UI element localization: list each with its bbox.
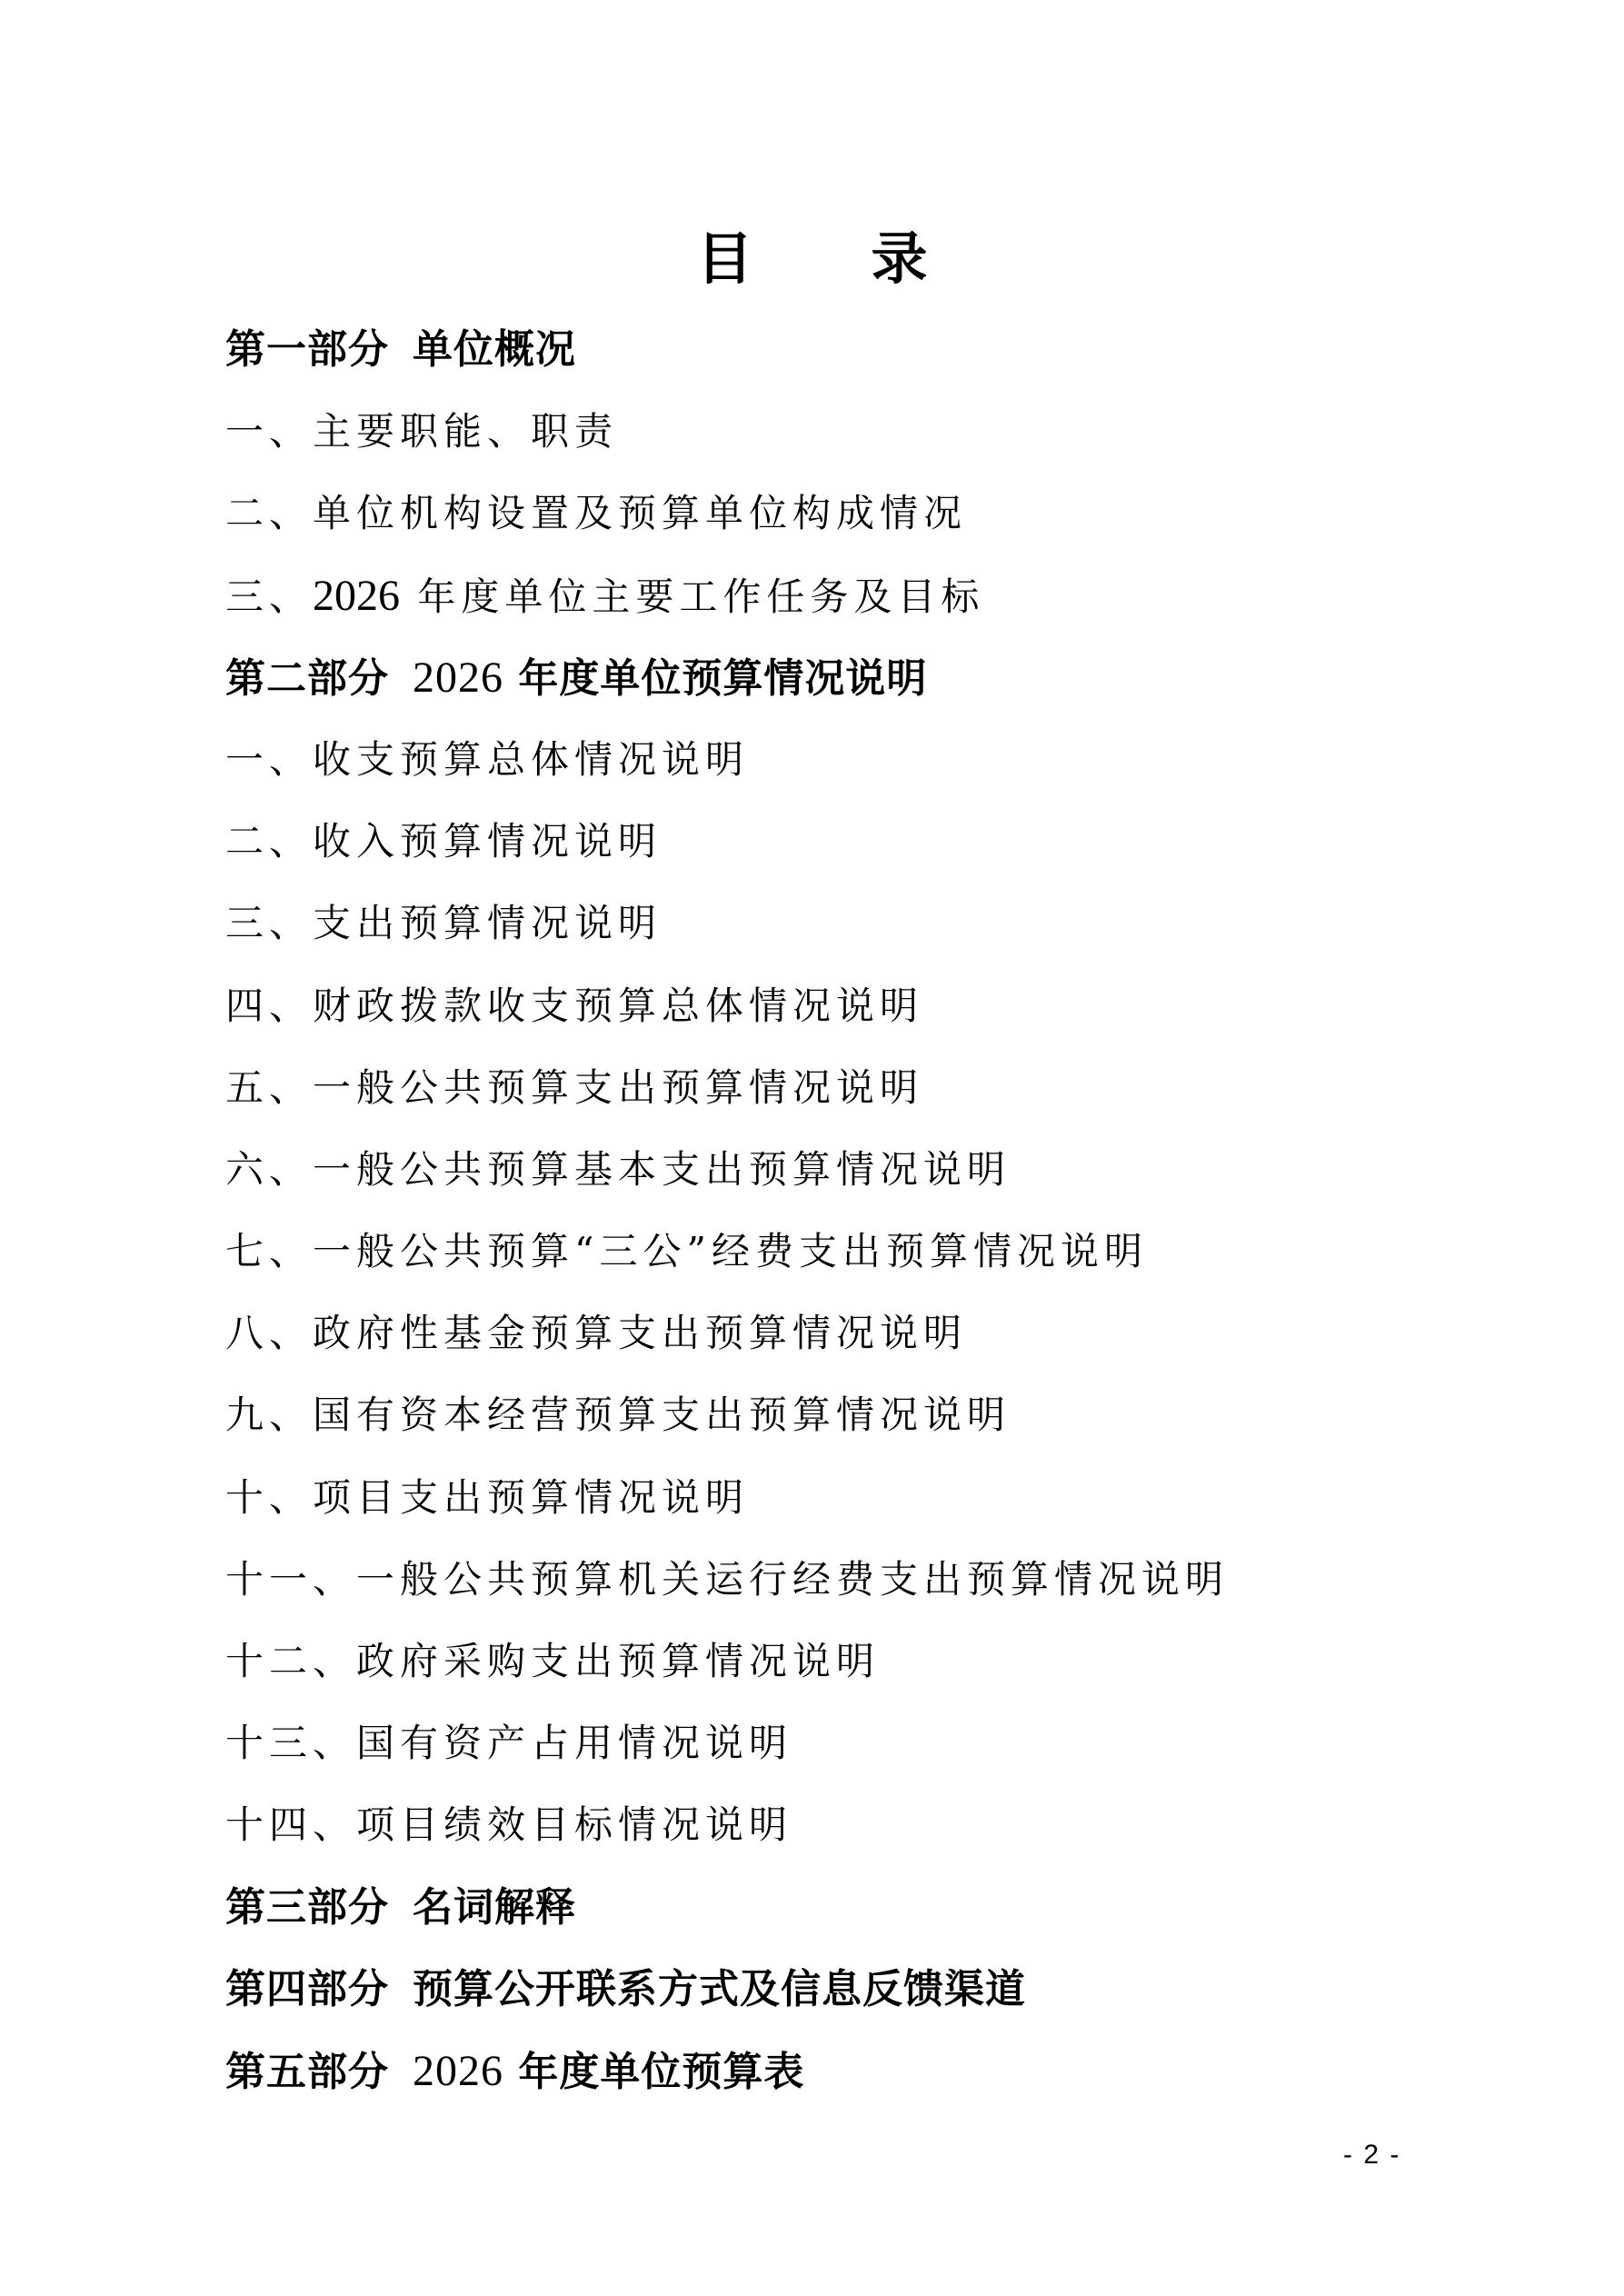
toc-item-text: 十、项目支出预算情况说明 [225,1475,749,1520]
toc-item-text: 五、一般公共预算支出预算情况说明 [225,1065,923,1110]
toc-part-2[interactable]: 第二部分2026 年度单位预算情况说明 [225,651,1407,733]
toc-item-text: 一、主要职能、职责 [225,409,618,454]
toc-item-text: 六、一般公共预算基本支出预算情况说明 [225,1147,1011,1192]
toc-item-text: 十四、项目绩效目标情况说明 [225,1802,792,1847]
toc-item-text: 十二、政府采购支出预算情况说明 [225,1639,880,1683]
toc-item[interactable]: 十二、政府采购支出预算情况说明 [225,1634,1407,1716]
part-label: 第五部分 [225,2049,389,2095]
toc-part-3[interactable]: 第三部分名词解释 [225,1881,1407,1962]
toc-item-year: 2026 [313,572,400,620]
toc-item[interactable]: 十一、一般公共预算机关运行经费支出预算情况说明 [225,1552,1407,1634]
toc-item[interactable]: 六、一般公共预算基本支出预算情况说明 [225,1143,1407,1224]
toc-item-text: 十三、国有资产占用情况说明 [225,1721,792,1765]
toc-part-5[interactable]: 第五部分2026 年度单位预算表 [225,2044,1407,2126]
part-title: 年度单位预算表 [503,2049,804,2095]
toc-item-text: 十一、一般公共预算机关运行经费支出预算情况说明 [225,1557,1229,1602]
part-year: 2026 [413,654,503,702]
toc-item-text: 九、国有资本经营预算支出预算情况说明 [225,1393,1011,1437]
page-number: - 2 - [1343,2140,1400,2171]
part-title: 年度单位预算情况说明 [503,655,927,702]
toc-item[interactable]: 五、一般公共预算支出预算情况说明 [225,1061,1407,1143]
toc-item-prefix: 三、 [225,574,313,619]
part-label: 第三部分 [225,1884,389,1931]
toc-item[interactable]: 十、项目支出预算情况说明 [225,1471,1407,1552]
toc-item[interactable]: 四、财政拨款收支预算总体情况说明 [225,979,1407,1061]
title-char-right: 录 [872,225,928,292]
toc-item[interactable]: 十四、项目绩效目标情况说明 [225,1798,1407,1880]
toc-part-4[interactable]: 第四部分预算公开联系方式及信息反馈渠道 [225,1962,1407,2044]
toc-item-text: 四、财政拨款收支预算总体情况说明 [225,983,923,1028]
toc-item[interactable]: 九、国有资本经营预算支出预算情况说明 [225,1388,1407,1470]
toc-item[interactable]: 十三、国有资产占用情况说明 [225,1716,1407,1798]
toc-item[interactable]: 八、政府性基金预算支出预算情况说明 [225,1306,1407,1388]
toc-item[interactable]: 一、收支预算总体情况说明 [225,733,1407,814]
toc-item[interactable]: 二、收入预算情况说明 [225,814,1407,896]
page-title: 目录 [0,223,1624,295]
toc-item-text: 三、支出预算情况说明 [225,901,662,945]
document-page: 目录 第一部分单位概况 一、主要职能、职责 二、单位机构设置及预算单位构成情况 … [0,0,1624,2296]
toc-item-text: 二、单位机构设置及预算单位构成情况 [225,491,967,535]
toc-item[interactable]: 三、2026 年度单位主要工作任务及目标 [225,569,1407,651]
table-of-contents: 第一部分单位概况 一、主要职能、职责 二、单位机构设置及预算单位构成情况 三、2… [225,323,1407,2126]
toc-item-text: 二、收入预算情况说明 [225,819,662,863]
part-label: 第二部分 [225,655,389,702]
toc-item-text: 八、政府性基金预算支出预算情况说明 [225,1311,967,1355]
toc-item-text: 一、收支预算总体情况说明 [225,737,749,782]
toc-item-text: 七、一般公共预算“三公”经费支出预算情况说明 [225,1229,1148,1273]
title-char-left: 目 [696,225,752,292]
toc-item-text: 年度单位主要工作任务及目标 [400,574,984,619]
part-label: 第一部分 [225,326,389,373]
part-title: 单位概况 [413,326,576,373]
toc-item[interactable]: 三、支出预算情况说明 [225,896,1407,978]
part-year: 2026 [413,2047,503,2095]
part-title: 名词解释 [413,1884,576,1931]
part-label: 第四部分 [225,1966,389,2012]
toc-part-1[interactable]: 第一部分单位概况 [225,323,1407,404]
toc-item[interactable]: 一、主要职能、职责 [225,404,1407,486]
toc-item[interactable]: 七、一般公共预算“三公”经费支出预算情况说明 [225,1224,1407,1306]
toc-item[interactable]: 二、单位机构设置及预算单位构成情况 [225,486,1407,568]
part-title: 预算公开联系方式及信息反馈渠道 [413,1966,1026,2012]
